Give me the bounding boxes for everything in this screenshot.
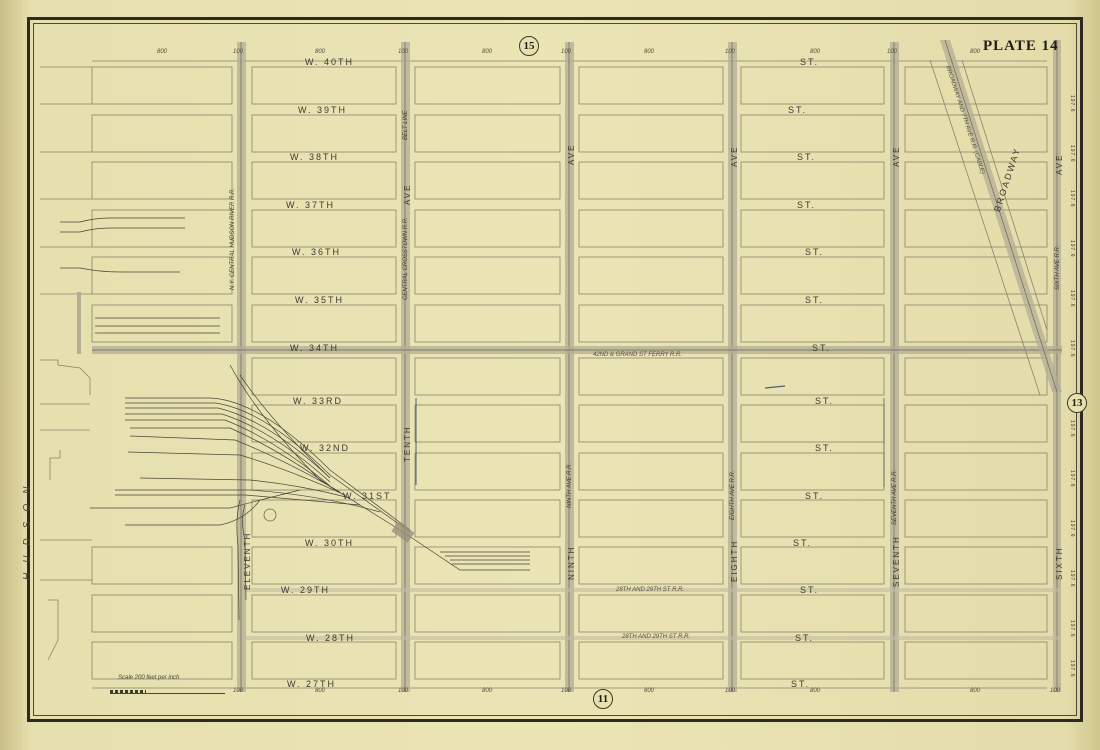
dim-800-bottom-d: 800	[644, 688, 654, 694]
lot-dim-4: 197.6	[1069, 240, 1075, 258]
lot-dim-3: 197.6	[1069, 190, 1075, 208]
plate-title: PLATE 14	[983, 38, 1059, 55]
scale-bar	[110, 690, 225, 694]
st-label-36: ST.	[805, 247, 824, 257]
street-label-w36: W. 36TH	[292, 247, 341, 257]
dim-800-bottom-f: 800	[970, 688, 980, 694]
dim-100-bottom-f: 100	[1050, 688, 1060, 694]
avenue-label-seventh-ave: AVE	[892, 146, 901, 167]
dim-100-bottom-d: 100	[725, 688, 735, 694]
rr-label-eighth-ave: EIGHTH AVE R.R.	[730, 471, 736, 520]
st-label-40: ST.	[800, 57, 819, 67]
avenue-label-tenth-ave: AVE	[403, 184, 412, 205]
rr-label-ny-central: N.Y. CENTRAL HUDSON RIVER R.R.	[230, 188, 236, 290]
st-label-33: ST.	[815, 396, 834, 406]
lot-dim-11: 197.6	[1069, 620, 1075, 638]
st-label-27: ST.	[791, 679, 810, 689]
dim-800-d: 800	[644, 49, 654, 55]
lot-dim-10: 197.6	[1069, 570, 1075, 588]
street-label-w33: W. 33RD	[293, 396, 343, 406]
street-label-w30: W. 30TH	[305, 538, 354, 548]
rr-label-sixth-ave: SIXTH AVE R.R.	[1055, 246, 1061, 290]
hudson-river-label: HUDSON	[22, 477, 33, 580]
rr-label-ninth-ave: NINTH AVE R.R.	[567, 463, 573, 508]
street-label-w34: W. 34TH	[290, 343, 339, 353]
dim-100-b: 100	[398, 49, 408, 55]
street-grid	[0, 0, 1100, 750]
avenue-label-eighth: EIGHTH	[730, 540, 739, 582]
avenue-label-eighth-ave: AVE	[730, 146, 739, 167]
dim-800-f: 800	[970, 49, 980, 55]
st-label-30: ST.	[793, 538, 812, 548]
dim-100-d: 100	[725, 49, 735, 55]
street-label-w39: W. 39TH	[298, 105, 347, 115]
street-label-w31: W. 31ST	[343, 491, 392, 501]
lot-dim-12: 197.6	[1069, 660, 1075, 678]
avenue-label-tenth: TENTH	[403, 425, 412, 462]
lot-dim-5: 197.6	[1069, 290, 1075, 308]
dim-100-bottom-c: 100	[561, 688, 571, 694]
scale-title: Scale 200 feet per inch	[118, 675, 179, 681]
avenues	[237, 40, 1061, 692]
st-label-29: ST.	[800, 585, 819, 595]
dim-100-c: 100	[561, 49, 571, 55]
st-label-34: ST.	[812, 343, 831, 353]
avenue-label-seventh: SEVENTH	[892, 535, 901, 587]
lot-dim-8: 197.6	[1069, 470, 1075, 488]
street-label-w28: W. 28TH	[306, 633, 355, 643]
railroad-yard	[60, 218, 530, 620]
street-label-w27: W. 27TH	[287, 679, 336, 689]
avenue-label-ninth: NINTH	[567, 546, 576, 580]
st-label-28: ST.	[795, 633, 814, 643]
dim-800-bottom-e: 800	[810, 688, 820, 694]
lot-dim-7: 197.6	[1069, 420, 1075, 438]
lot-dim-2: 197.6	[1069, 145, 1075, 163]
dim-100-bottom-b: 100	[398, 688, 408, 694]
street-label-w35: W. 35TH	[295, 295, 344, 305]
rr-label-seventh-ave: SEVENTH AVE R.R.	[892, 470, 898, 525]
avenue-label-ninth-ave: AVE	[567, 144, 576, 165]
st-label-35: ST.	[805, 295, 824, 305]
lot-dim-6: 197.6	[1069, 340, 1075, 358]
rr-label-belt-line: BELT LINE	[403, 110, 409, 140]
lot-dim-9: 197.6	[1069, 520, 1075, 538]
dim-100-a: 100	[233, 49, 243, 55]
dim-100-e: 100	[887, 49, 897, 55]
rr-label-28th-29th-b: 28TH AND 29TH ST R.R.	[622, 634, 690, 640]
dim-100-bottom-a: 100	[233, 688, 243, 694]
st-label-37: ST.	[797, 200, 816, 210]
lot-dim-1: 197.6	[1069, 95, 1075, 113]
rr-label-42nd-grand-st-ferry: 42ND & GRAND ST FERRY R.R.	[593, 352, 682, 358]
street-label-w37: W. 37TH	[286, 200, 335, 210]
rr-label-crosstown: CENTRAL CROSSTOWN R.R.	[403, 217, 409, 300]
rr-label-28th-29th-a: 28TH AND 29TH ST R.R.	[616, 587, 684, 593]
avenue-label-eleventh: ELEVENTH	[243, 532, 252, 590]
avenue-label-sixth-ave: AVE	[1055, 154, 1064, 175]
adjacent-plate-top[interactable]: 15	[519, 36, 539, 56]
dim-800-a: 800	[157, 49, 167, 55]
st-label-39: ST.	[788, 105, 807, 115]
dim-800-c: 800	[482, 49, 492, 55]
street-label-w32: W. 32ND	[300, 443, 350, 453]
dim-800-e: 800	[810, 49, 820, 55]
adjacent-plate-bottom[interactable]: 11	[593, 689, 613, 709]
dim-800-b: 800	[315, 49, 325, 55]
street-label-w29: W. 29TH	[281, 585, 330, 595]
dim-800-bottom-b: 800	[315, 688, 325, 694]
street-label-w40: W. 40TH	[305, 57, 354, 67]
avenue-label-sixth: SIXTH	[1055, 546, 1064, 580]
dim-800-bottom-c: 800	[482, 688, 492, 694]
st-label-31: ST.	[805, 491, 824, 501]
adjacent-plate-right[interactable]: 13	[1067, 393, 1087, 413]
st-label-38: ST.	[797, 152, 816, 162]
st-label-32: ST.	[815, 443, 834, 453]
street-label-w38: W. 38TH	[290, 152, 339, 162]
